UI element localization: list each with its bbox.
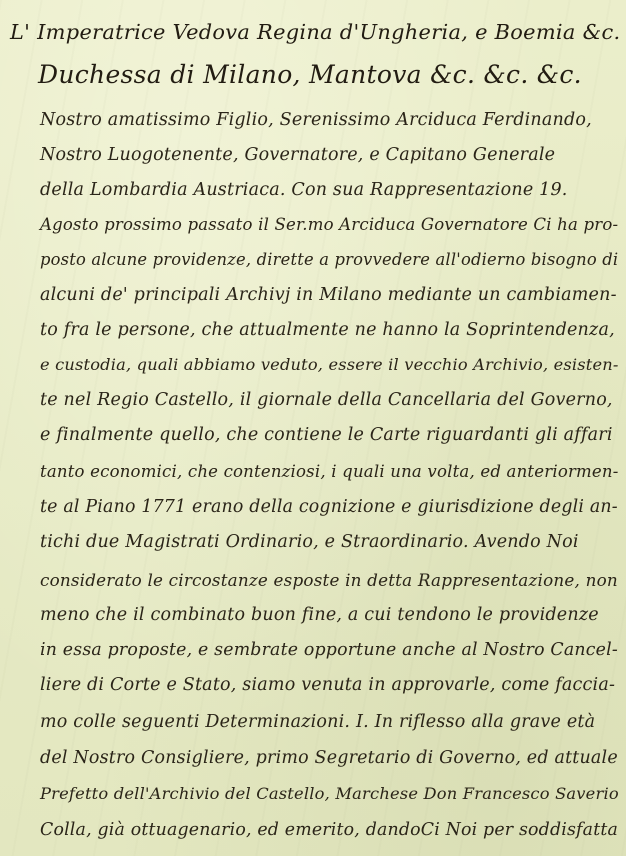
text-line-8: e custodia, quali abbiamo veduto, essere… bbox=[40, 355, 619, 374]
text-line-19: del Nostro Consigliere, primo Segretario… bbox=[40, 748, 618, 768]
text-line-2: Nostro Luogotenente, Governatore, e Capi… bbox=[40, 145, 555, 165]
text-line-3: della Lombardia Austriaca. Con sua Rappr… bbox=[40, 180, 568, 200]
text-line-20: Prefetto dell'Archivio del Castello, Mar… bbox=[40, 784, 619, 803]
text-line-4: Agosto prossimo passato il Ser.mo Arcidu… bbox=[40, 215, 618, 234]
manuscript-page: L' Imperatrice Vedova Regina d'Ungheria,… bbox=[0, 0, 626, 856]
text-line-6: alcuni de' principali Archivj in Milano … bbox=[40, 285, 617, 305]
text-line-7: to fra le persone, che attualmente ne ha… bbox=[40, 320, 615, 340]
text-line-1: Nostro amatissimo Figlio, Serenissimo Ar… bbox=[40, 110, 592, 130]
text-line-13: tichi due Magistrati Ordinario, e Straor… bbox=[40, 532, 579, 552]
text-line-17: liere di Corte e Stato, siamo venuta in … bbox=[40, 675, 615, 695]
text-line-12: te al Piano 1771 erano della cognizione … bbox=[40, 497, 618, 517]
text-line-14: considerato le circostanze esposte in de… bbox=[40, 570, 618, 590]
text-line-18: mo colle seguenti Determinazioni. I. In … bbox=[40, 712, 595, 732]
text-line-5: posto alcune providenze, dirette a provv… bbox=[40, 250, 618, 269]
text-line-16: in essa proposte, e sembrate opportune a… bbox=[40, 640, 618, 660]
text-line-10: e finalmente quello, che contiene le Car… bbox=[40, 425, 613, 445]
heading-line-1: L' Imperatrice Vedova Regina d'Ungheria,… bbox=[10, 20, 620, 44]
text-line-15: meno che il combinato buon fine, a cui t… bbox=[40, 605, 599, 625]
text-line-21: Colla, già ottuagenario, ed emerito, dan… bbox=[40, 820, 618, 840]
text-line-11: tanto economici, che contenziosi, i qual… bbox=[40, 462, 619, 481]
heading-line-2: Duchessa di Milano, Mantova &c. &c. &c. bbox=[38, 60, 582, 89]
text-line-9: te nel Regio Castello, il giornale della… bbox=[40, 390, 613, 410]
